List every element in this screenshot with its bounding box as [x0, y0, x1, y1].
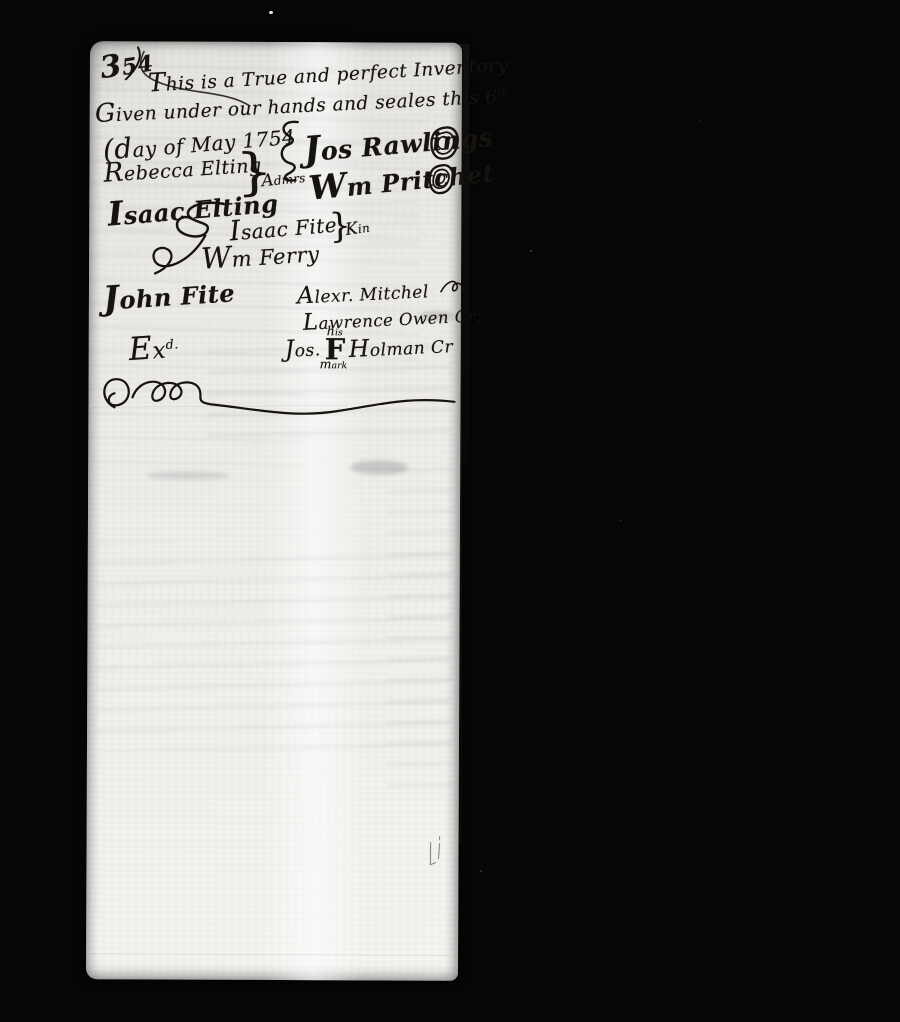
- seal-pritchet-icon: [425, 163, 457, 197]
- creditor-holman-prefix: Jos.: [284, 333, 321, 363]
- dust-speck: [269, 11, 273, 14]
- creditor-holman-suffix: Holman Cr: [348, 330, 454, 363]
- ink-smudge: [350, 460, 408, 474]
- dust-speck: [530, 250, 532, 252]
- dust-speck: [480, 870, 482, 872]
- dust-speck: [620, 520, 622, 521]
- document-page: 354 This is a True and perfect Inventory…: [86, 41, 462, 981]
- crease-line: [92, 953, 450, 956]
- bleed-through-text: [95, 541, 450, 753]
- kin-annotation: Kin: [344, 217, 371, 239]
- examined-note: Exd.: [128, 329, 181, 368]
- bleed-through-text: [387, 462, 454, 792]
- stray-ink-marks: [424, 835, 444, 871]
- mitchel-suffix-flourish: [439, 277, 465, 299]
- ink-smudge: [146, 471, 230, 479]
- closing-flourish: [96, 365, 468, 425]
- dust-speck: [700, 120, 701, 122]
